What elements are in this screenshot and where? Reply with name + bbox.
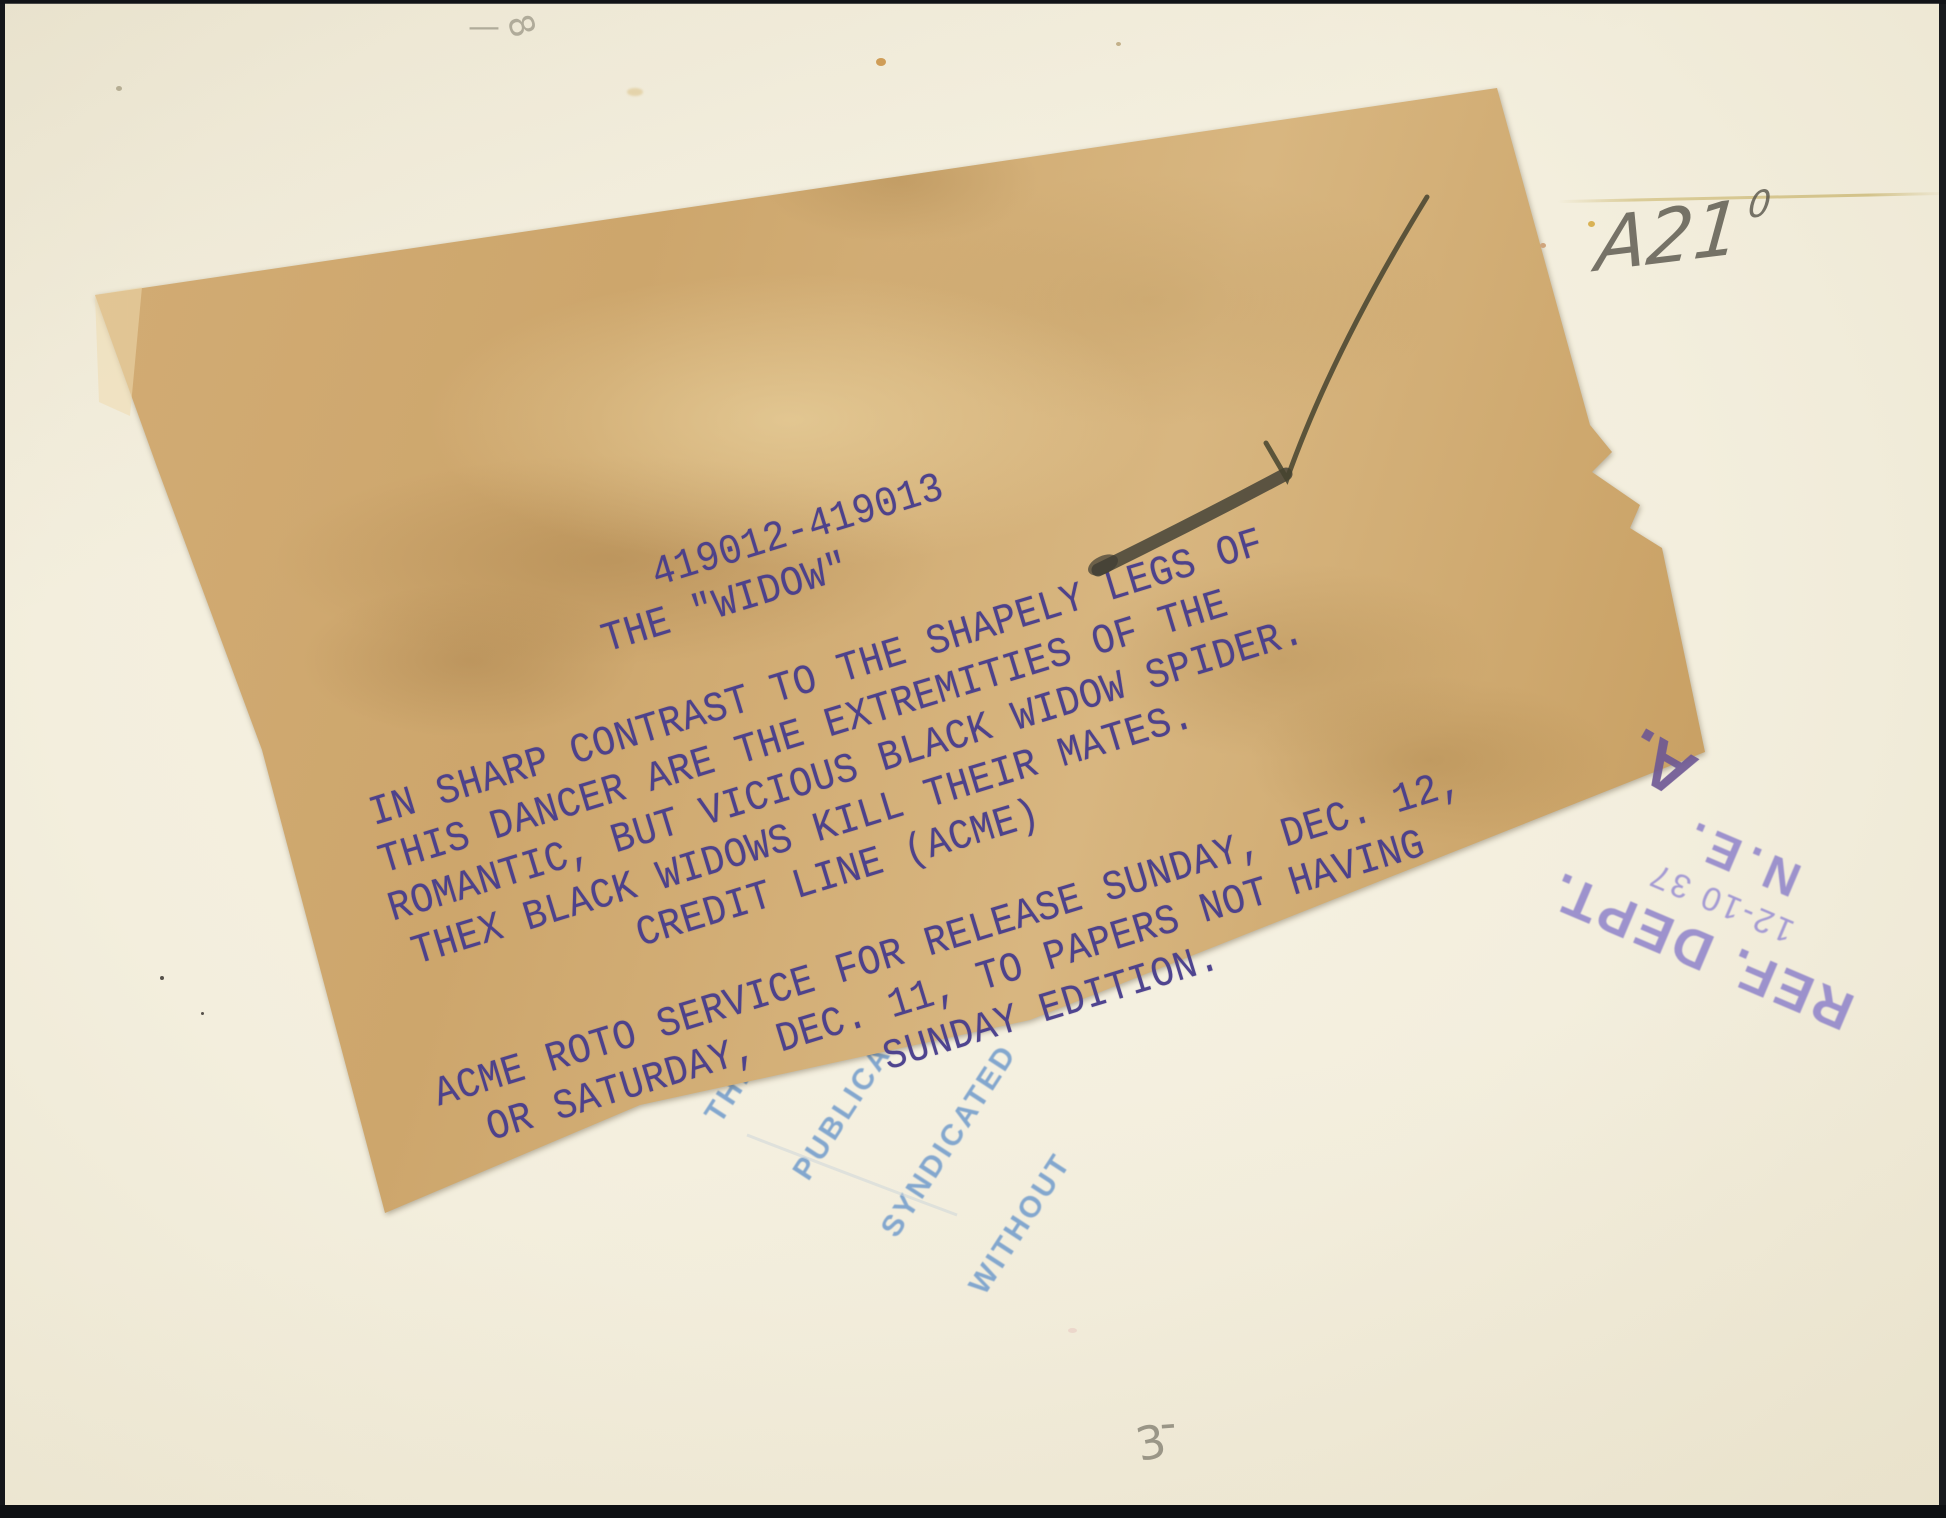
- stain-speck: [160, 976, 164, 980]
- stain-speck: [201, 1012, 204, 1015]
- catalog-superscript: 0: [1746, 183, 1772, 228]
- pencil-top-mark: — 8: [468, 6, 532, 46]
- stain-speck: [1540, 243, 1546, 248]
- stain-speck: [1588, 221, 1595, 227]
- scan-edge: [0, 0, 1946, 4]
- scan-edge: [1939, 0, 1946, 1518]
- stain-speck: [1116, 42, 1121, 46]
- photo-back-scan: THIS PUBLICA SYNDICATED WITHOUT 419012-4…: [0, 0, 1946, 1518]
- catalog-code-text: A21: [1593, 184, 1744, 289]
- stain-speck: [876, 58, 886, 66]
- scan-edge: [0, 0, 5, 1518]
- stain-speck: [1068, 1328, 1077, 1333]
- pencil-dash: —: [468, 7, 500, 45]
- scan-edge: [0, 1505, 1946, 1518]
- stain-speck: [627, 88, 643, 96]
- stain-speck: [116, 86, 122, 91]
